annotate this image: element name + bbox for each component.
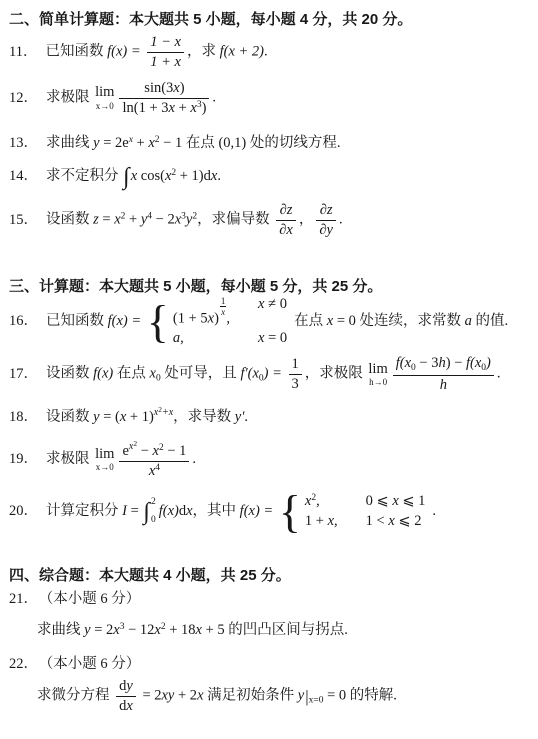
subscript: x=0	[309, 696, 324, 706]
question-number: 21．	[9, 591, 38, 607]
text-run: 已知函数	[45, 44, 107, 60]
question-21-label: 21．（本小题 6 分）	[9, 587, 140, 608]
question-22-label: 22．（本小题 6 分）	[9, 652, 140, 673]
question-22-body: 求微分方程 dydx = 2xy + 2x 满足初始条件 y|x=0 = 0 的…	[37, 678, 397, 714]
math-var: xy	[162, 688, 175, 704]
lim-subscript: x→0	[95, 463, 114, 472]
exponent-group: x2	[129, 441, 137, 452]
question-15: 15．设函数 z = x2 + y4 − 2x3y2，求偏导数 ∂z∂x，∂z∂…	[9, 202, 343, 238]
math-var: y′	[235, 409, 245, 425]
piecewise-rows: (1 + 5x)1x,x ≠ 0a,x = 0	[173, 296, 287, 347]
math-run: f(x	[396, 355, 411, 371]
math-var: a	[465, 313, 472, 329]
fraction: sin(3x)ln(1 + 3x + x3)	[119, 80, 209, 116]
piecewise-expression: 1 + x,	[305, 513, 338, 530]
question-number: 12．	[9, 90, 38, 106]
math-run: sin(3	[144, 80, 173, 96]
math-run: + 18	[166, 622, 196, 638]
fraction: ex2 − x2 − 1x4	[119, 440, 189, 479]
left-brace-icon: {	[147, 302, 169, 341]
fraction-numerator: sin(3x)	[119, 80, 209, 99]
math-run: − 1	[160, 135, 186, 151]
integral-sign: ∫	[143, 500, 150, 524]
text-run: （本小题 6 分）	[46, 656, 140, 672]
question-number: 16．	[9, 313, 38, 329]
question-18: 18．设函数 y = (x + 1)x2+x，求导数 y′.	[9, 405, 248, 426]
math-run: ⩽ 2	[395, 513, 422, 529]
left-brace-icon: {	[279, 492, 301, 531]
text-run: 满足初始条件	[204, 688, 298, 704]
math-run: )	[202, 100, 207, 116]
question-number: 19．	[9, 451, 38, 467]
math-run: =	[127, 503, 142, 519]
question-21-body: 求曲线 y = 2x3 − 12x2 + 18x + 5 的凹凸区间与拐点.	[37, 618, 348, 639]
math-run: )	[486, 355, 491, 371]
derivative-fraction: dydx	[116, 678, 136, 714]
piecewise-condition: 1 < x ⩽ 2	[366, 513, 426, 530]
math-run: = 2	[139, 688, 162, 704]
text-run: ，求导数	[173, 409, 235, 425]
text-run: 求极限	[46, 90, 93, 106]
fraction-denominator: x4	[119, 462, 189, 480]
math-run: ,	[316, 493, 320, 509]
section-3-header: 三、计算题：本大题共 5 小题，每小题 5 分，共 25 分。	[9, 275, 382, 296]
piecewise-expression: a,	[173, 330, 230, 347]
text-run: 已知函数	[46, 313, 108, 329]
fraction-denominator: ln(1 + 3x + x3)	[119, 99, 209, 117]
fraction-denominator: ∂x	[276, 221, 296, 239]
math-run: +	[175, 100, 190, 116]
math-run: = (	[100, 409, 120, 425]
question-number: 17．	[9, 366, 38, 382]
text-run: ，求	[187, 44, 220, 60]
fraction-numerator: 1	[220, 296, 227, 307]
fraction-denominator: dx	[116, 697, 136, 715]
fraction-numerator: ex2 − x2 − 1	[119, 440, 189, 462]
math-run: f(x) =	[107, 44, 144, 60]
math-run: ⩽ 1	[399, 493, 426, 509]
fraction-denominator: 1 + x	[147, 53, 184, 71]
math-run: ,	[226, 310, 230, 326]
fraction-denominator: ∂y	[316, 221, 336, 239]
limit-operator: limh→0	[368, 362, 387, 388]
math-run: 1 <	[366, 513, 389, 529]
question-number: 18．	[9, 409, 38, 425]
fraction-numerator: dy	[116, 678, 136, 697]
piecewise-condition: 0 ⩽ x ⩽ 1	[366, 493, 426, 510]
math-run: (1 + 5	[173, 310, 208, 326]
piecewise-function: {(1 + 5x)1x,x ≠ 0a,x = 0	[147, 296, 287, 347]
text-run: ，求极限	[305, 366, 367, 382]
math-run: − 1	[164, 443, 187, 459]
piecewise-condition: x ≠ 0	[258, 296, 287, 327]
question-12: 12．求极限 limx→0sin(3x)ln(1 + 3x + x3).	[9, 80, 216, 116]
lim-label: lim	[95, 85, 114, 100]
text-run: 的凹凸区间与拐点.	[228, 622, 348, 638]
math-run: + 5	[202, 622, 228, 638]
exponent-group: x2+x	[154, 407, 173, 418]
text-run: 求不定积分	[46, 168, 122, 184]
section-4-header: 四、综合题：本大题共 4 小题，共 25 分。	[9, 564, 291, 585]
integral-upper: 2	[151, 498, 156, 508]
math-run: = 0	[264, 330, 287, 346]
text-run: .	[244, 409, 248, 425]
math-run: = 2e	[100, 135, 129, 151]
text-run: ，求偏导数	[197, 212, 273, 228]
question-number: 13．	[9, 135, 38, 151]
text-run: 求曲线	[46, 135, 93, 151]
limit-operator: limx→0	[95, 85, 114, 111]
math-run: 0 ⩽	[366, 493, 393, 509]
text-run: （本小题 6 分）	[46, 591, 140, 607]
lim-subscript: x→0	[95, 102, 114, 111]
text-run: 在点	[294, 313, 327, 329]
math-run: +x	[162, 407, 173, 418]
math-var: h	[438, 355, 445, 371]
math-var: y	[298, 688, 304, 704]
question-number: 20．	[9, 503, 38, 519]
question-number: 15．	[9, 212, 38, 228]
piecewise-expression: (1 + 5x)1x,	[173, 296, 230, 327]
text-run: 求曲线	[37, 622, 84, 638]
text-run: ，	[299, 212, 314, 228]
text-run: ，其中	[193, 503, 240, 519]
text-run: .	[217, 168, 221, 184]
piecewise-function: {x2,0 ⩽ x ⩽ 11 + x,1 < x ⩽ 2	[279, 492, 426, 531]
text-run: .	[339, 212, 343, 228]
text-run: 计算定积分	[46, 503, 122, 519]
math-run: f(x + 2)	[220, 44, 264, 60]
math-run: =	[99, 212, 114, 228]
exam-page: 二、简单计算题：本大题共 5 小题，每小题 4 分，共 20 分。 11．已知函…	[0, 0, 538, 739]
text-run: .	[432, 503, 436, 519]
math-run: − 12	[124, 622, 154, 638]
text-run: 设函数	[46, 212, 93, 228]
math-run: = 0	[323, 688, 349, 704]
math-run: f(x)	[159, 503, 179, 519]
fraction-denominator: 3	[289, 375, 302, 393]
math-run: f(x) =	[240, 503, 277, 519]
math-run: = 0	[333, 313, 359, 329]
question-14: 14．求不定积分 ∫x cos(x2 + 1)dx.	[9, 164, 221, 189]
fraction-numerator: ∂z	[316, 202, 336, 221]
partial-fraction: ∂z∂x	[276, 202, 296, 238]
superscript: 4	[155, 463, 160, 473]
math-run: ) =	[264, 366, 286, 382]
lim-label: lim	[368, 362, 387, 377]
question-11: 11．已知函数 f(x) = 1 − x1 + x，求 f(x + 2).	[9, 34, 268, 70]
math-run: + 1)	[126, 409, 154, 425]
fraction-numerator: 1	[289, 356, 302, 375]
fraction-denominator: h	[393, 376, 494, 394]
math-run: ln(1 + 3	[122, 100, 168, 116]
text-run: .	[264, 44, 268, 60]
question-13: 13．求曲线 y = 2ex + x2 − 1 在点 (0,1) 处的切线方程.	[9, 131, 341, 152]
math-var: y	[126, 678, 132, 694]
integral-sign: ∫	[123, 165, 130, 189]
piecewise-condition: x = 0	[258, 330, 287, 347]
question-number: 22．	[9, 656, 38, 672]
partial-fraction: ∂z∂y	[316, 202, 336, 238]
fraction-numerator: 1 − x	[147, 34, 184, 53]
question-number: 14．	[9, 168, 38, 184]
text-run: .	[192, 451, 196, 467]
fraction-numerator: ∂z	[276, 202, 296, 221]
question-number: 11．	[9, 44, 37, 60]
section-2-header: 二、简单计算题：本大题共 5 小题，每小题 4 分，共 20 分。	[9, 8, 412, 29]
math-run: = 2	[91, 622, 114, 638]
math-run: − 3	[416, 355, 439, 371]
math-run: f(x	[466, 355, 481, 371]
math-run: + 2	[174, 688, 197, 704]
math-run: −	[137, 443, 152, 459]
question-16: 16．已知函数 f(x) = {(1 + 5x)1x,x ≠ 0a,x = 0在…	[9, 296, 508, 347]
text-run: 求微分方程	[37, 688, 113, 704]
integral-lower: 0	[151, 516, 156, 526]
math-run: f(x)	[93, 366, 113, 382]
math-run: f′(x	[240, 366, 258, 382]
fraction: 1 − x1 + x	[147, 34, 184, 70]
lim-label: lim	[95, 447, 114, 462]
text-run: 的特解.	[350, 688, 397, 704]
limit-operator: limx→0	[95, 447, 114, 473]
fraction: f(x0 − 3h) − f(x0)h	[393, 355, 494, 394]
math-run: cos(	[137, 168, 165, 184]
math-var: x	[126, 698, 132, 714]
math-run: +	[125, 212, 140, 228]
math-run: +	[133, 135, 148, 151]
text-run: 设函数	[46, 409, 93, 425]
fraction-numerator: f(x0 − 3h) − f(x0)	[393, 355, 494, 376]
question-19: 19．求极限 limx→0ex2 − x2 − 1x4.	[9, 440, 196, 479]
piecewise-expression: x2,	[305, 493, 338, 510]
fraction: 13	[289, 356, 302, 392]
piecewise-rows: x2,0 ⩽ x ⩽ 11 + x,1 < x ⩽ 2	[305, 493, 426, 530]
text-run: 设函数	[46, 366, 93, 382]
text-run: 处可导，且	[161, 366, 241, 382]
text-run: 求极限	[46, 451, 93, 467]
text-run: 的值.	[472, 313, 508, 329]
math-run: 1 +	[305, 513, 328, 529]
text-run: .	[212, 90, 216, 106]
math-run: ) −	[446, 355, 466, 371]
text-run: 在点	[113, 366, 149, 382]
math-run: + 1)d	[176, 168, 211, 184]
text-run: .	[497, 366, 501, 382]
math-run: ,	[334, 513, 338, 529]
math-run: − 2	[152, 212, 175, 228]
text-run: 在点 (0,1) 处的切线方程.	[186, 135, 341, 151]
math-run: f(x) =	[108, 313, 145, 329]
math-run: )	[214, 310, 219, 326]
integral-limits: 20	[151, 498, 156, 526]
text-run: 处连续，求常数	[360, 313, 465, 329]
question-20: 20．计算定积分 I = ∫20f(x)dx，其中 f(x) = {x2,0 ⩽…	[9, 492, 436, 531]
lim-subscript: h→0	[368, 378, 387, 387]
math-run: ≠ 0	[264, 296, 286, 312]
math-run: )	[180, 80, 185, 96]
question-17: 17．设函数 f(x) 在点 x0 处可导，且 f′(x0) = 13，求极限 …	[9, 355, 501, 394]
